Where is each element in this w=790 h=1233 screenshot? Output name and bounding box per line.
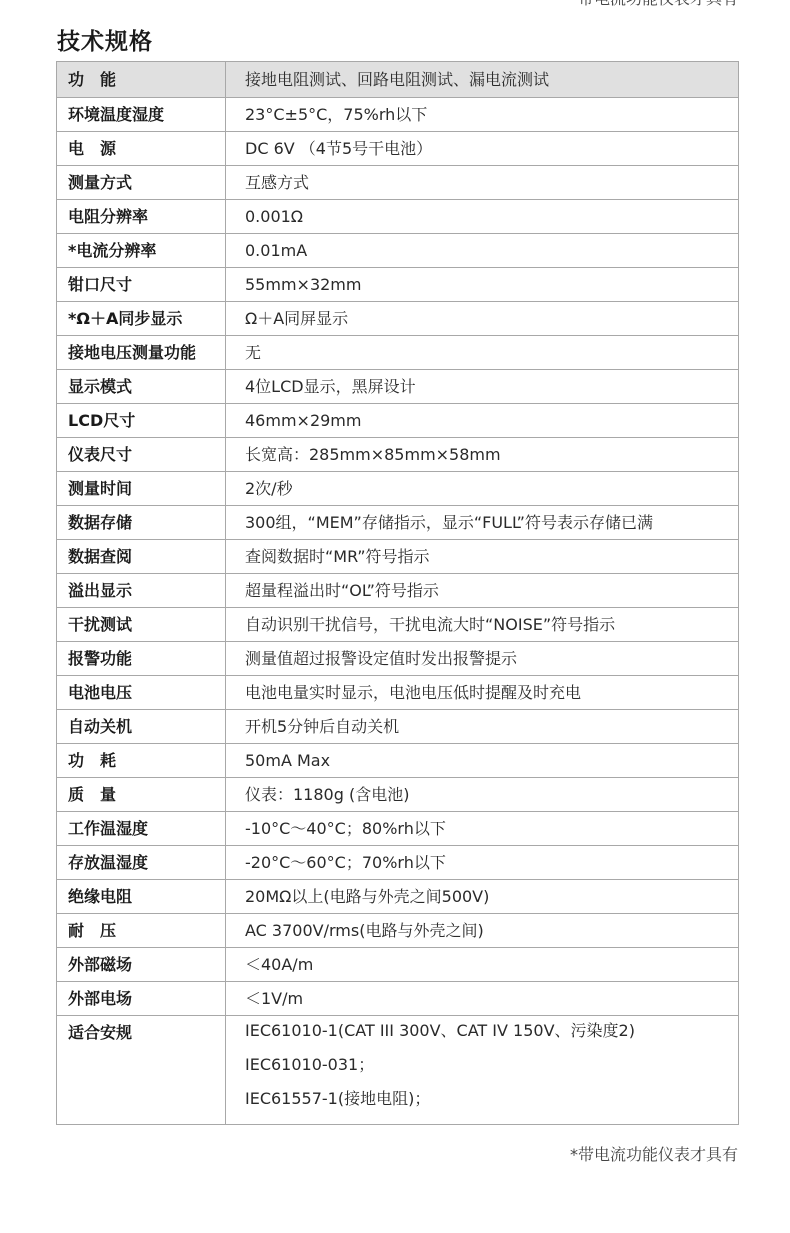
spec-value: 无 — [226, 336, 739, 370]
spec-row: 自动关机开机5分钟后自动关机 — [57, 710, 739, 744]
spec-value: 长宽高：285mm×85mm×58mm — [226, 438, 739, 472]
spec-label: 功 耗 — [57, 744, 226, 778]
spec-value: Ω＋A同屏显示 — [226, 302, 739, 336]
spec-row: *电流分辨率0.01mA — [57, 234, 739, 268]
spec-label: 电池电压 — [57, 676, 226, 710]
spec-row: 外部磁场＜40A/m — [57, 948, 739, 982]
footnote-top-clipped: *带电流功能仪表才具有 — [570, 0, 738, 9]
spec-row: 电池电压电池电量实时显示，电池电压低时提醒及时充电 — [57, 676, 739, 710]
spec-value: 46mm×29mm — [226, 404, 739, 438]
spec-row: 绝缘电阻20MΩ以上(电路与外壳之间500V) — [57, 880, 739, 914]
spec-row: 测量时间2次/秒 — [57, 472, 739, 506]
spec-row: 环境温度湿度23°C±5°C，75%rh以下 — [57, 98, 739, 132]
spec-label: 接地电压测量功能 — [57, 336, 226, 370]
spec-label: 数据查阅 — [57, 540, 226, 574]
spec-label: 干扰测试 — [57, 608, 226, 642]
spec-value: 0.001Ω — [226, 200, 739, 234]
spec-row-standards: 适合安规IEC61010-1(CAT III 300V、CAT IV 150V、… — [57, 1016, 739, 1125]
spec-row: 显示模式4位LCD显示，黑屏设计 — [57, 370, 739, 404]
spec-row: 测量方式互感方式 — [57, 166, 739, 200]
standard-line: IEC61010-1(CAT III 300V、CAT IV 150V、污染度2… — [245, 1016, 738, 1050]
spec-label: 外部电场 — [57, 982, 226, 1016]
spec-label: 显示模式 — [57, 370, 226, 404]
spec-value: 超量程溢出时“OL”符号指示 — [226, 574, 739, 608]
spec-row: 钳口尺寸55mm×32mm — [57, 268, 739, 302]
spec-value: 接地电阻测试、回路电阻测试、漏电流测试 — [226, 62, 739, 98]
spec-label: 绝缘电阻 — [57, 880, 226, 914]
spec-row: 仪表尺寸长宽高：285mm×85mm×58mm — [57, 438, 739, 472]
spec-label: 自动关机 — [57, 710, 226, 744]
spec-value: 互感方式 — [226, 166, 739, 200]
spec-row: 数据查阅查阅数据时“MR”符号指示 — [57, 540, 739, 574]
spec-row: 质 量仪表：1180g (含电池) — [57, 778, 739, 812]
standard-line: IEC61557-1(接地电阻)； — [245, 1084, 738, 1118]
spec-value: 300组，“MEM”存储指示，显示“FULL”符号表示存储已满 — [226, 506, 739, 540]
spec-label: 环境温度湿度 — [57, 98, 226, 132]
spec-value: 55mm×32mm — [226, 268, 739, 302]
standard-line: IEC61010-031； — [245, 1050, 738, 1084]
spec-row: 耐 压AC 3700V/rms(电路与外壳之间) — [57, 914, 739, 948]
spec-value: 4位LCD显示，黑屏设计 — [226, 370, 739, 404]
spec-row: 溢出显示超量程溢出时“OL”符号指示 — [57, 574, 739, 608]
spec-value: 自动识别干扰信号，干扰电流大时“NOISE”符号指示 — [226, 608, 739, 642]
spec-header-row: 功 能 接地电阻测试、回路电阻测试、漏电流测试 — [57, 62, 739, 98]
spec-value-standards: IEC61010-1(CAT III 300V、CAT IV 150V、污染度2… — [226, 1016, 739, 1125]
spec-value: 20MΩ以上(电路与外壳之间500V) — [226, 880, 739, 914]
spec-row: 外部电场＜1V/m — [57, 982, 739, 1016]
spec-label: 外部磁场 — [57, 948, 226, 982]
spec-label: 测量方式 — [57, 166, 226, 200]
spec-label: 功 能 — [57, 62, 226, 98]
spec-row: 电 源DC 6V （4节5号干电池） — [57, 132, 739, 166]
spec-label: 数据存储 — [57, 506, 226, 540]
spec-value: 50mA Max — [226, 744, 739, 778]
spec-row: 功 耗50mA Max — [57, 744, 739, 778]
spec-table: 功 能 接地电阻测试、回路电阻测试、漏电流测试 环境温度湿度23°C±5°C，7… — [56, 61, 739, 1125]
spec-row: 工作温湿度-10°C～40°C；80%rh以下 — [57, 812, 739, 846]
spec-row: 接地电压测量功能无 — [57, 336, 739, 370]
spec-value: AC 3700V/rms(电路与外壳之间) — [226, 914, 739, 948]
spec-row: 数据存储300组，“MEM”存储指示，显示“FULL”符号表示存储已满 — [57, 506, 739, 540]
spec-label: 钳口尺寸 — [57, 268, 226, 302]
spec-label: 报警功能 — [57, 642, 226, 676]
spec-label: 适合安规 — [57, 1016, 226, 1125]
spec-label: 溢出显示 — [57, 574, 226, 608]
spec-value: ＜1V/m — [226, 982, 739, 1016]
spec-value: -10°C～40°C；80%rh以下 — [226, 812, 739, 846]
spec-value: 0.01mA — [226, 234, 739, 268]
spec-value: 开机5分钟后自动关机 — [226, 710, 739, 744]
spec-label: 仪表尺寸 — [57, 438, 226, 472]
spec-row: LCD尺寸46mm×29mm — [57, 404, 739, 438]
spec-value: DC 6V （4节5号干电池） — [226, 132, 739, 166]
spec-value: 测量值超过报警设定值时发出报警提示 — [226, 642, 739, 676]
spec-value: -20°C～60°C；70%rh以下 — [226, 846, 739, 880]
spec-label: 耐 压 — [57, 914, 226, 948]
spec-label: *Ω＋A同步显示 — [57, 302, 226, 336]
spec-value: 23°C±5°C，75%rh以下 — [226, 98, 739, 132]
spec-row: 干扰测试自动识别干扰信号，干扰电流大时“NOISE”符号指示 — [57, 608, 739, 642]
spec-value: 仪表：1180g (含电池) — [226, 778, 739, 812]
spec-value: 2次/秒 — [226, 472, 739, 506]
spec-row: 报警功能测量值超过报警设定值时发出报警提示 — [57, 642, 739, 676]
page-title: 技术规格 — [57, 26, 153, 58]
footnote: *带电流功能仪表才具有 — [570, 1145, 738, 1165]
spec-label: 质 量 — [57, 778, 226, 812]
spec-value: 电池电量实时显示，电池电压低时提醒及时充电 — [226, 676, 739, 710]
spec-table-body: 功 能 接地电阻测试、回路电阻测试、漏电流测试 环境温度湿度23°C±5°C，7… — [57, 62, 739, 1125]
spec-label: 存放温湿度 — [57, 846, 226, 880]
spec-label: 电阻分辨率 — [57, 200, 226, 234]
spec-label: 工作温湿度 — [57, 812, 226, 846]
spec-row: *Ω＋A同步显示Ω＋A同屏显示 — [57, 302, 739, 336]
spec-value: 查阅数据时“MR”符号指示 — [226, 540, 739, 574]
spec-label: *电流分辨率 — [57, 234, 226, 268]
spec-label: 电 源 — [57, 132, 226, 166]
spec-label: 测量时间 — [57, 472, 226, 506]
spec-label: LCD尺寸 — [57, 404, 226, 438]
spec-row: 电阻分辨率0.001Ω — [57, 200, 739, 234]
spec-row: 存放温湿度-20°C～60°C；70%rh以下 — [57, 846, 739, 880]
spec-value: ＜40A/m — [226, 948, 739, 982]
